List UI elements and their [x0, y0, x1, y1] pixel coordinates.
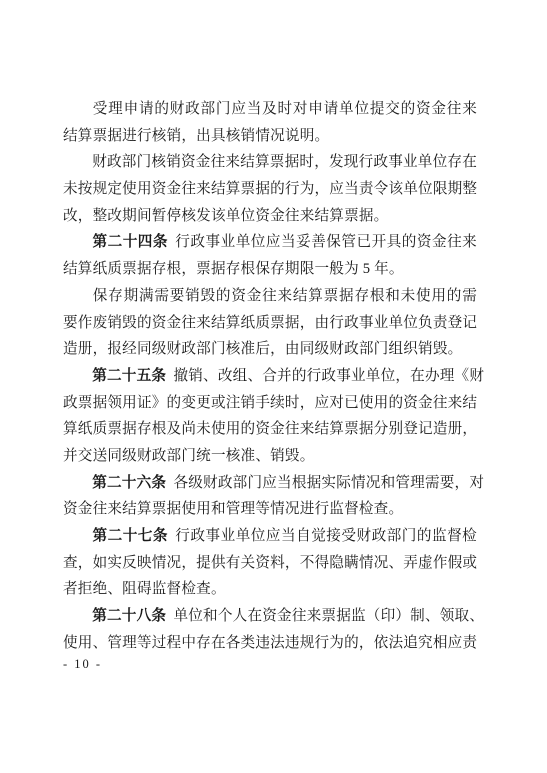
document-line: 第二十八条单位和个人在资金往来票据监（印）制、领取、: [63, 603, 477, 630]
document-body: 受理申请的财政部门应当及时对申请单位提交的资金往来结算票据进行核销，出具核销情况…: [63, 96, 477, 656]
document-line: 要作废销毁的资金往来结算纸质票据，由行政事业单位负责登记: [63, 310, 477, 337]
document-page: 受理申请的财政部门应当及时对申请单位提交的资金往来结算票据进行核销，出具核销情况…: [0, 0, 547, 773]
article-number: 第二十七条: [92, 528, 168, 544]
article-number: 第二十五条: [92, 368, 166, 384]
document-line: 结算纸质票据存根，票据存根保存期限一般为 5 年。: [63, 256, 477, 283]
document-line: 算纸质票据存根及尚未使用的资金往来结算票据分别登记造册，: [63, 416, 477, 443]
document-line: 并交送同级财政部门统一核准、销毁。: [63, 443, 477, 470]
article-number: 第二十六条: [92, 475, 166, 491]
document-line: 结算票据进行核销，出具核销情况说明。: [63, 123, 477, 150]
document-line: 者拒绝、阻碍监督检查。: [63, 576, 477, 603]
document-line: 资金往来结算票据使用和管理等情况进行监督检查。: [63, 496, 477, 523]
document-line: 造册，报经同级财政部门核准后，由同级财政部门组织销毁。: [63, 336, 477, 363]
article-number: 第二十四条: [92, 234, 168, 250]
document-line: 第二十七条行政事业单位应当自觉接受财政部门的监督检: [63, 523, 477, 550]
document-line: 政票据领用证》的变更或注销手续时，应对已使用的资金往来结: [63, 390, 477, 417]
document-line: 财政部门核销资金往来结算票据时，发现行政事业单位存在: [63, 149, 477, 176]
document-line: 改，整改期间暂停核发该单位资金往来结算票据。: [63, 203, 477, 230]
document-line: 受理申请的财政部门应当及时对申请单位提交的资金往来: [63, 96, 477, 123]
document-line: 查，如实反映情况，提供有关资料，不得隐瞒情况、弄虚作假或: [63, 550, 477, 577]
document-line: 保存期满需要销毁的资金往来结算票据存根和未使用的需: [63, 283, 477, 310]
document-line: 未按规定使用资金往来结算票据的行为，应当责令该单位限期整: [63, 176, 477, 203]
document-line: 使用、管理等过程中存在各类违法违规行为的，依法追究相应责: [63, 630, 477, 657]
document-line: 第二十四条行政事业单位应当妥善保管已开具的资金往来: [63, 229, 477, 256]
document-line: 第二十五条撤销、改组、合并的行政事业单位，在办理《财: [63, 363, 477, 390]
document-line: 第二十六条各级财政部门应当根据实际情况和管理需要，对: [63, 470, 477, 497]
page-number: - 10 -: [63, 656, 102, 672]
article-number: 第二十八条: [92, 608, 166, 624]
